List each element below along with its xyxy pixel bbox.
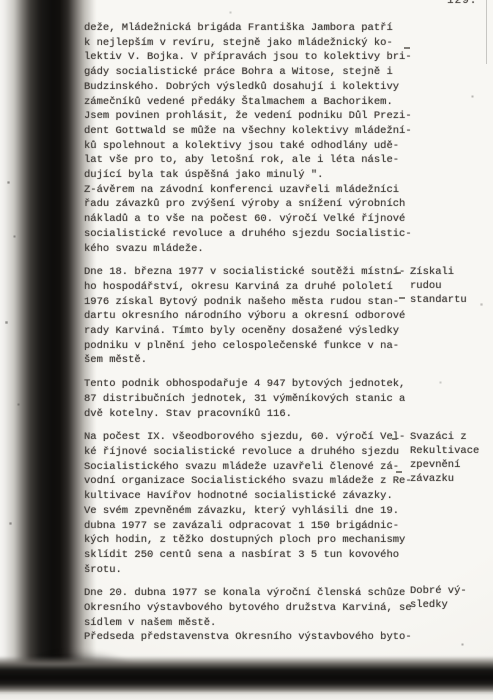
body-paragraph: Dne 18. března 1977 v socialistické sout… bbox=[84, 265, 424, 368]
stray-mark bbox=[399, 297, 405, 299]
margin-note: Svazáci z Rekultivace zpevnění závazku bbox=[410, 430, 490, 486]
margin-note: Dobré vý- sledky bbox=[410, 584, 490, 612]
body-paragraph: Tento podnik obhospodařuje 4 947 bytovýc… bbox=[84, 377, 424, 421]
body-paragraph: deže, Mládežnická brigáda Františka Jamb… bbox=[84, 21, 424, 256]
stray-mark bbox=[396, 272, 401, 274]
stray-mark bbox=[392, 438, 397, 440]
stray-mark bbox=[396, 471, 402, 473]
bottom-scan-shadow bbox=[0, 656, 493, 696]
stray-mark bbox=[404, 47, 410, 49]
book-binding-shadow bbox=[0, 0, 96, 700]
scanned-page: 129. deže, Mládežnická brigáda Františka… bbox=[0, 0, 493, 700]
bottom-scan-margin bbox=[0, 692, 493, 700]
page-edge-line bbox=[486, 0, 487, 64]
body-paragraph: Na počest IX. všeodborového sjezdu, 60. … bbox=[84, 430, 424, 577]
body-paragraph: Dne 20. dubna 1977 se konala výroční čle… bbox=[84, 586, 424, 645]
body-text: deže, Mládežnická brigáda Františka Jamb… bbox=[84, 21, 424, 654]
margin-note: Získali rudou standartu bbox=[410, 265, 490, 307]
page-number: 129. bbox=[447, 0, 477, 8]
scan-speckles bbox=[0, 0, 1, 1]
